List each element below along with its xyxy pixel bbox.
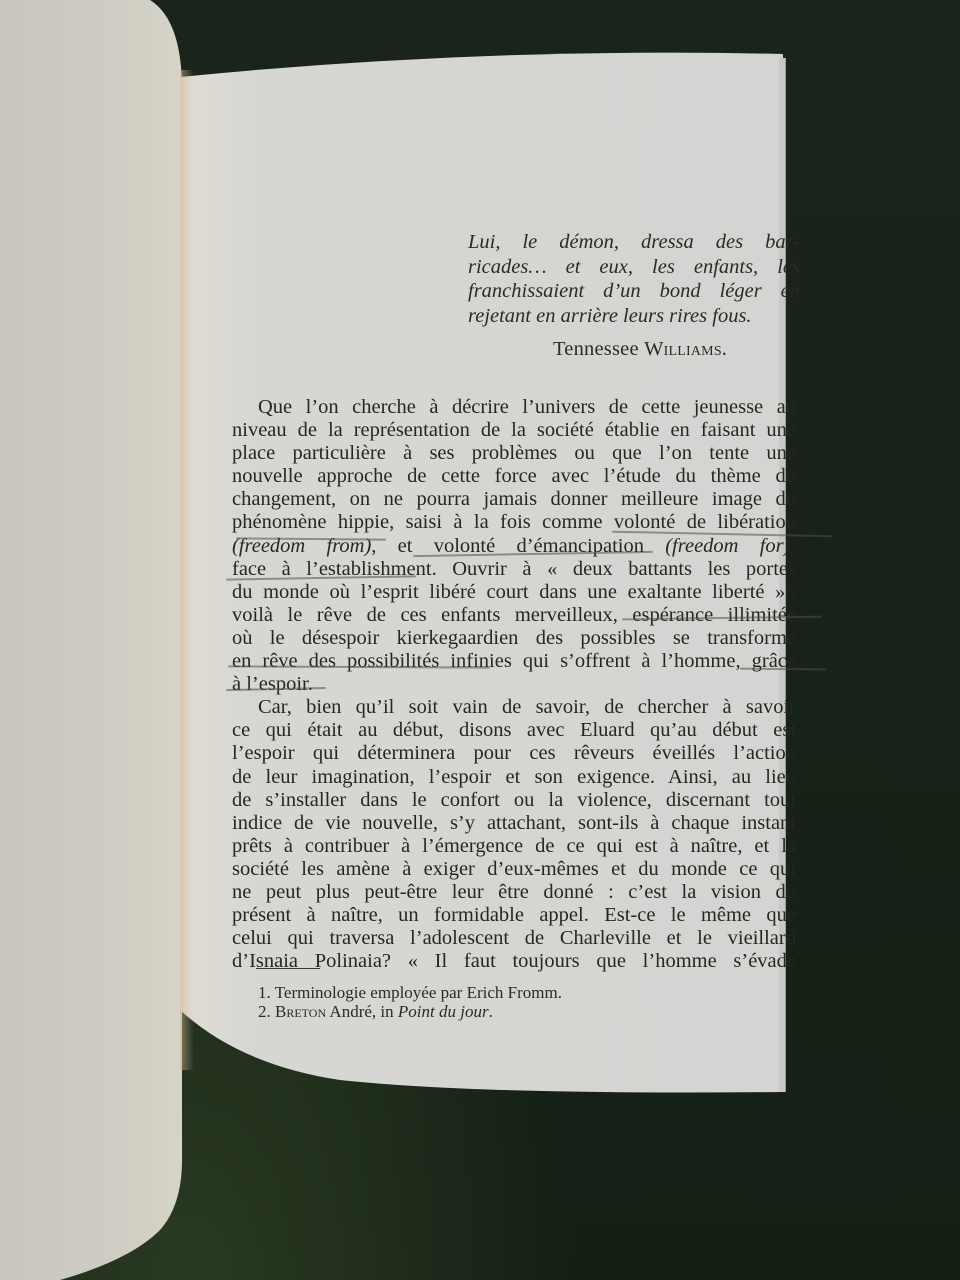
- footnote-author: Breton: [275, 1002, 326, 1021]
- text-line: du monde où l’esprit libéré court dans u…: [232, 581, 796, 604]
- footnote-text: .: [489, 1002, 493, 1021]
- text-line: d’Isnaia Polinaia? « Il faut toujours qu…: [232, 950, 796, 973]
- text-run: ,: [791, 581, 796, 603]
- footnote-number: 1.: [258, 983, 271, 1002]
- footnote-ref-1[interactable]: 1: [790, 536, 796, 548]
- text-line: de leur imagination, l’espoir et son exi…: [232, 766, 796, 789]
- epigraph-quote: Lui, le démon, dressa des bar- ricades… …: [468, 230, 800, 328]
- footnote-text: Terminologie employée par Erich Fromm.: [275, 983, 562, 1002]
- text-line: place particulière à ses problèmes ou qu…: [232, 442, 796, 465]
- text-line: ce qui était au début, disons avec Eluar…: [232, 719, 796, 742]
- footnote-1: 1. Terminologie employée par Erich Fromm…: [258, 983, 562, 1002]
- epigraph-line: rejetant en arrière leurs rires fous.: [468, 304, 800, 329]
- text-line: Car, bien qu’il soit vain de savoir, de …: [232, 696, 796, 719]
- footnote-number: 2.: [258, 1002, 271, 1021]
- text-line: Que l’on cherche à décrire l’univers de …: [232, 396, 796, 419]
- text-line: ne peut plus peut-être leur être donné :…: [232, 881, 796, 904]
- gutter-shadow: [180, 70, 194, 1070]
- text-line: à l’espoir.: [232, 673, 796, 696]
- author-last-name: Williams.: [644, 338, 727, 360]
- footnote-text: André, in: [326, 1002, 398, 1021]
- body-text: Que l’on cherche à décrire l’univers de …: [232, 396, 796, 973]
- text-line: prêts à contribuer à l’émergence de ce q…: [232, 835, 796, 858]
- text-line: changement, on ne pourra jamais donner m…: [232, 488, 796, 511]
- text-line: phénomène hippie, saisi à la fois comme …: [232, 511, 796, 534]
- text-line: en rêve des possibilités infinies qui s’…: [232, 650, 796, 673]
- text-line: voilà le rêve de ces enfants merveilleux…: [232, 604, 796, 627]
- left-page-curled: [0, 0, 182, 1280]
- author-first-name: Tennessee: [553, 338, 639, 360]
- text-line: nouvelle approche de cette force avec l’…: [232, 465, 796, 488]
- epigraph-line: franchissaient d’un bond léger en: [468, 279, 800, 304]
- epigraph-line: Lui, le démon, dressa des bar-: [468, 230, 800, 255]
- text-run: du monde où l’esprit libéré court dans u…: [232, 581, 785, 603]
- text-line: indice de vie nouvelle, s’y attachant, s…: [232, 812, 796, 835]
- footnote-2: 2. Breton André, in Point du jour.: [258, 1002, 562, 1021]
- text-line: l’espoir qui déterminera pour ces rêveur…: [232, 742, 796, 765]
- epigraph-attribution: Tennessee Williams.: [553, 338, 727, 361]
- text-line: celui qui traversa l’adolescent de Charl…: [232, 927, 796, 950]
- footnotes: 1. Terminologie employée par Erich Fromm…: [258, 983, 562, 1021]
- text-line: de s’installer dans le confort ou la vio…: [232, 789, 796, 812]
- epigraph-line: ricades… et eux, les enfants, les: [468, 255, 800, 280]
- text-line: niveau de la représentation de la sociét…: [232, 419, 796, 442]
- text-line: où le désespoir kierkegaardien des possi…: [232, 627, 796, 650]
- text-line: présent à naître, un formidable appel. E…: [232, 904, 796, 927]
- footnote-separator: [256, 968, 320, 969]
- italic-term: (freedom for): [665, 535, 790, 557]
- footnote-work-title: Point du jour: [398, 1002, 489, 1021]
- text-line: société les amène à exiger d’eux-mêmes e…: [232, 858, 796, 881]
